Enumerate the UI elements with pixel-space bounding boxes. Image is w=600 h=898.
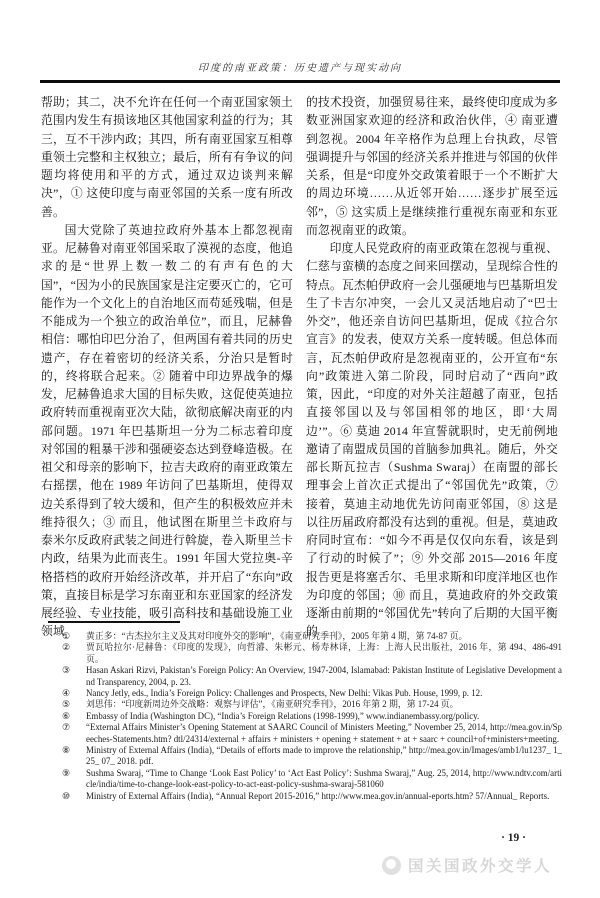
footnotes-section: ① 黄正多：“古杰拉尔主义及其对印度外交的影响”，《南亚研究季刊》，2005 年… xyxy=(46,631,562,802)
footnote-text: Ministry of External Affairs (India), “D… xyxy=(86,745,562,768)
left-column-paragraph-1: 帮助；其二，决不允许在任何一个南亚国家领土范围内发生有损该地区其他国家利益的行为… xyxy=(41,93,293,221)
footnote-text: Sushma Swaraj, “Time to Change ‘Look Eas… xyxy=(86,768,562,791)
right-column: 的技术投资，加强贸易往来，最终使印度成为多数亚洲国家欢迎的经济和政治伙伴，④ 南… xyxy=(306,93,558,641)
footnote-divider-rule xyxy=(48,621,180,623)
footnote-text: “External Affairs Minister’s Opening Sta… xyxy=(86,722,562,745)
footnote-marker: ⑥ xyxy=(46,711,86,722)
footnote-item: ⑥ Embassy of India (Washington DC), “Ind… xyxy=(46,711,562,722)
footnote-text: Embassy of India (Washington DC), “India… xyxy=(86,711,562,722)
footnote-item: ⑩ Ministry of External Affairs (India), … xyxy=(46,791,562,802)
footnote-text: Ministry of External Affairs (India), “A… xyxy=(86,791,562,802)
footnote-text: Hasan Askari Rizvi, Pakistan’s Foreign P… xyxy=(86,665,562,688)
footnote-item: ⑨ Sushma Swaraj, “Time to Change ‘Look E… xyxy=(46,768,562,791)
footnote-item: ⑤ 刘思伟：“印度新周边外交战略：观察与评估”，《南亚研究季刊》，2016 年第… xyxy=(46,699,562,710)
footnote-marker: ⑧ xyxy=(46,745,86,756)
footnote-text: 贾瓦哈拉尔·尼赫鲁：《印度的发现》，向哲濬、朱彬元、杨寿林译，上海：上海人民出版… xyxy=(86,642,562,665)
watermark: 国关国政外交学人 xyxy=(382,854,552,876)
footnote-item: ① 黄正多：“古杰拉尔主义及其对印度外交的影响”，《南亚研究季刊》，2005 年… xyxy=(46,631,562,642)
footnote-marker: ⑨ xyxy=(46,768,86,779)
footnote-item: ② 贾瓦哈拉尔·尼赫鲁：《印度的发现》，向哲濬、朱彬元、杨寿林译，上海：上海人民… xyxy=(46,642,562,665)
footnote-item: ⑦ “External Affairs Minister’s Opening S… xyxy=(46,722,562,745)
footnote-text: Nancy Jetly, eds., India’s Foreign Polic… xyxy=(86,688,562,699)
watermark-text: 国关国政外交学人 xyxy=(408,854,552,876)
header-divider-rule xyxy=(40,80,560,83)
footnote-marker: ④ xyxy=(46,688,86,699)
footnote-item: ⑧ Ministry of External Affairs (India), … xyxy=(46,745,562,768)
footnote-marker: ② xyxy=(46,642,86,653)
footnote-marker: ① xyxy=(46,631,86,642)
footnote-marker: ⑦ xyxy=(46,722,86,733)
footnote-marker: ⑤ xyxy=(46,699,86,710)
page-number: · 19 · xyxy=(501,832,526,844)
left-column: 帮助；其二，决不允许在任何一个南亚国家领土范围内发生有损该地区其他国家利益的行为… xyxy=(41,93,293,641)
footnote-text: 刘思伟：“印度新周边外交战略：观察与评估”，《南亚研究季刊》，2016 年第 2… xyxy=(86,699,562,710)
left-column-paragraph-2: 国大党除了英迪拉政府外基本上都忽视南亚。尼赫鲁对南亚邻国采取了漠视的态度，他追求… xyxy=(41,221,293,641)
journal-page: 印度的南亚政策：历史遗产与现实动向 帮助；其二，决不允许在任何一个南亚国家领土范… xyxy=(0,0,600,898)
footnote-item: ④ Nancy Jetly, eds., India’s Foreign Pol… xyxy=(46,688,562,699)
footnote-marker: ③ xyxy=(46,665,86,676)
footnote-text: 黄正多：“古杰拉尔主义及其对印度外交的影响”，《南亚研究季刊》，2005 年第 … xyxy=(86,631,562,642)
wechat-logo-icon xyxy=(382,856,401,875)
body-columns: 帮助；其二，决不允许在任何一个南亚国家领土范围内发生有损该地区其他国家利益的行为… xyxy=(41,93,559,641)
right-column-paragraph-1: 的技术投资，加强贸易往来，最终使印度成为多数亚洲国家欢迎的经济和政治伙伴，④ 南… xyxy=(306,93,558,239)
right-column-paragraph-2: 印度人民党政府的南亚政策在忽视与重视、仁慈与蛮横的态度之间来回摆动，呈现综合性的… xyxy=(306,239,558,641)
footnote-marker: ⑩ xyxy=(46,791,86,802)
running-header-title: 印度的南亚政策：历史遗产与现实动向 xyxy=(0,59,600,74)
footnote-item: ③ Hasan Askari Rizvi, Pakistan’s Foreign… xyxy=(46,665,562,688)
